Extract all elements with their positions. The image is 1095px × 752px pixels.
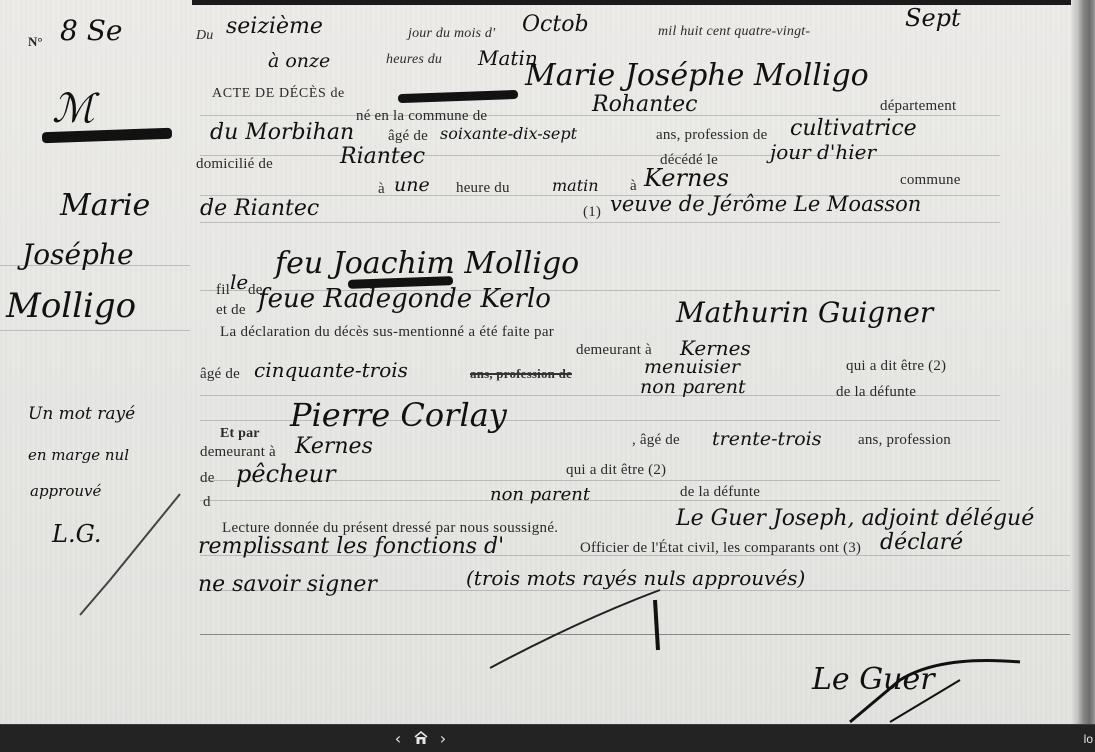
declarant-1-profession: menuisier [644,356,740,378]
deceased-name: Marie Joséphe Molligo [525,58,869,93]
declarant-2-relation-prefix: d [203,494,211,511]
next-page-button[interactable]: › [434,729,452,749]
header-mid: jour du mois d' [408,26,495,42]
departement: du Morbihan [210,120,354,145]
declarant-1-age-label: âgé de [200,366,240,383]
previous-page-button[interactable]: ‹ [389,729,407,749]
scanned-register-page: N° 8 Se Du seizième jour du mois d' Octo… [0,0,1095,724]
margin-name-last: Molligo [6,286,136,326]
header-prefix: Du [196,28,214,44]
signature-flourish [820,650,1040,724]
filiation-label: fil [216,282,230,299]
deces-time-label: heure du [456,180,510,197]
margin-name-first: Marie [60,188,150,223]
commune: de Riantec [200,196,319,221]
declarant-2-profession-label: ans, profession [858,432,951,449]
declarant-1-residence-label: demeurant à [576,342,652,359]
viewer-navbar: ‹ › lo [0,724,1095,752]
margin-initial: ℳ [52,86,95,132]
declarant-2-residence: Kernes [295,434,373,459]
mother-prefix: et de [216,302,246,319]
margin-name-middle: Joséphe [22,238,134,271]
declaration-label: La déclaration du décès sus-mentionné a … [220,324,554,341]
birth-label: né en la commune de [356,108,487,125]
declarant-2-age-label: , âgé de [632,432,680,449]
commune-label: commune [900,172,961,189]
mother-name: feue Radegonde Kerlo [258,284,551,314]
margin-flourish [70,490,190,620]
death-record-month: Octob [522,12,589,37]
home-icon[interactable] [413,730,429,746]
declarant-2-profession-prefix: de [200,470,215,487]
declarant-2-age: trente-trois [712,428,821,450]
father-name: feu Joachim Molligo [275,246,579,281]
header-year-printed: mil huit cent quatre-vingt- [658,24,810,40]
declarant-1-profession-label: ans, profession de [470,366,572,382]
redacted-name [398,90,518,103]
declarant-2-relation: non parent [490,484,590,505]
deceased-profession: cultivatrice [790,116,917,141]
closing: ne savoir signer [198,572,377,597]
marital-status: veuve de Jérôme Le Moasson [610,192,921,216]
book-binding [1077,0,1095,724]
declared: déclaré [880,530,963,555]
declarant-2-relation-suffix: de la défunte [680,484,760,501]
declarant-2-name: Pierre Corlay [290,396,507,434]
deces-hour: une [394,174,430,196]
declarant-1-relation: non parent [640,376,746,398]
declarant-2-profession: pêcheur [236,460,336,488]
deces-day: jour d'hier [770,140,876,164]
deces-time-prefix: à [378,181,385,198]
domicile-label: domicilié de [196,156,273,173]
record-number: 8 Se [60,14,122,47]
filiation-suffix: le [230,270,248,294]
declarant-1-relation-suffix: de la défunte [836,384,916,401]
death-record-year: Sept [905,4,961,32]
margin-note-line-1: Un mot rayé [28,404,135,424]
officer-line-2: remplissant les fonctions d' [198,534,504,559]
acte-title: ACTE DE DÉCÈS de [212,86,345,102]
margin-note-line-2: en marge nul [28,446,129,464]
document-viewer: N° 8 Se Du seizième jour du mois d' Octo… [0,0,1095,752]
hour-label: heures du [386,52,442,68]
declarant-1-name: Mathurin Guigner [676,296,933,329]
officer-printed: Officier de l'État civil, les comparants… [580,540,861,557]
record-hour: à onze [268,50,330,72]
birth-commune: Rohantec [592,92,697,117]
profession-label: ans, profession de [656,127,768,144]
pen-stroke [480,580,720,670]
note-1: (1) [583,204,601,221]
officer-name: Le Guer Joseph, adjoint délégué [676,506,1034,531]
declarant-1-relation-label: qui a dit être (2) [846,358,946,375]
departement-label: département [880,98,956,115]
declarant-1-age: cinquante-trois [254,358,408,382]
declarant-2-relation-label: qui a dit être (2) [566,462,666,479]
death-record-day: seizième [226,14,323,39]
deces-place: Kernes [644,164,729,192]
age-label: âgé de [388,128,428,145]
deceased-age: soixante-dix-sept [440,124,577,143]
deces-period: matin [552,176,599,195]
domicile: Riantec [340,144,425,169]
declarant-2-residence-label: demeurant à [200,444,276,461]
corner-text: lo [1084,732,1093,746]
second-declarant-label: Et par [220,426,260,442]
record-number-label: N° [28,34,43,50]
